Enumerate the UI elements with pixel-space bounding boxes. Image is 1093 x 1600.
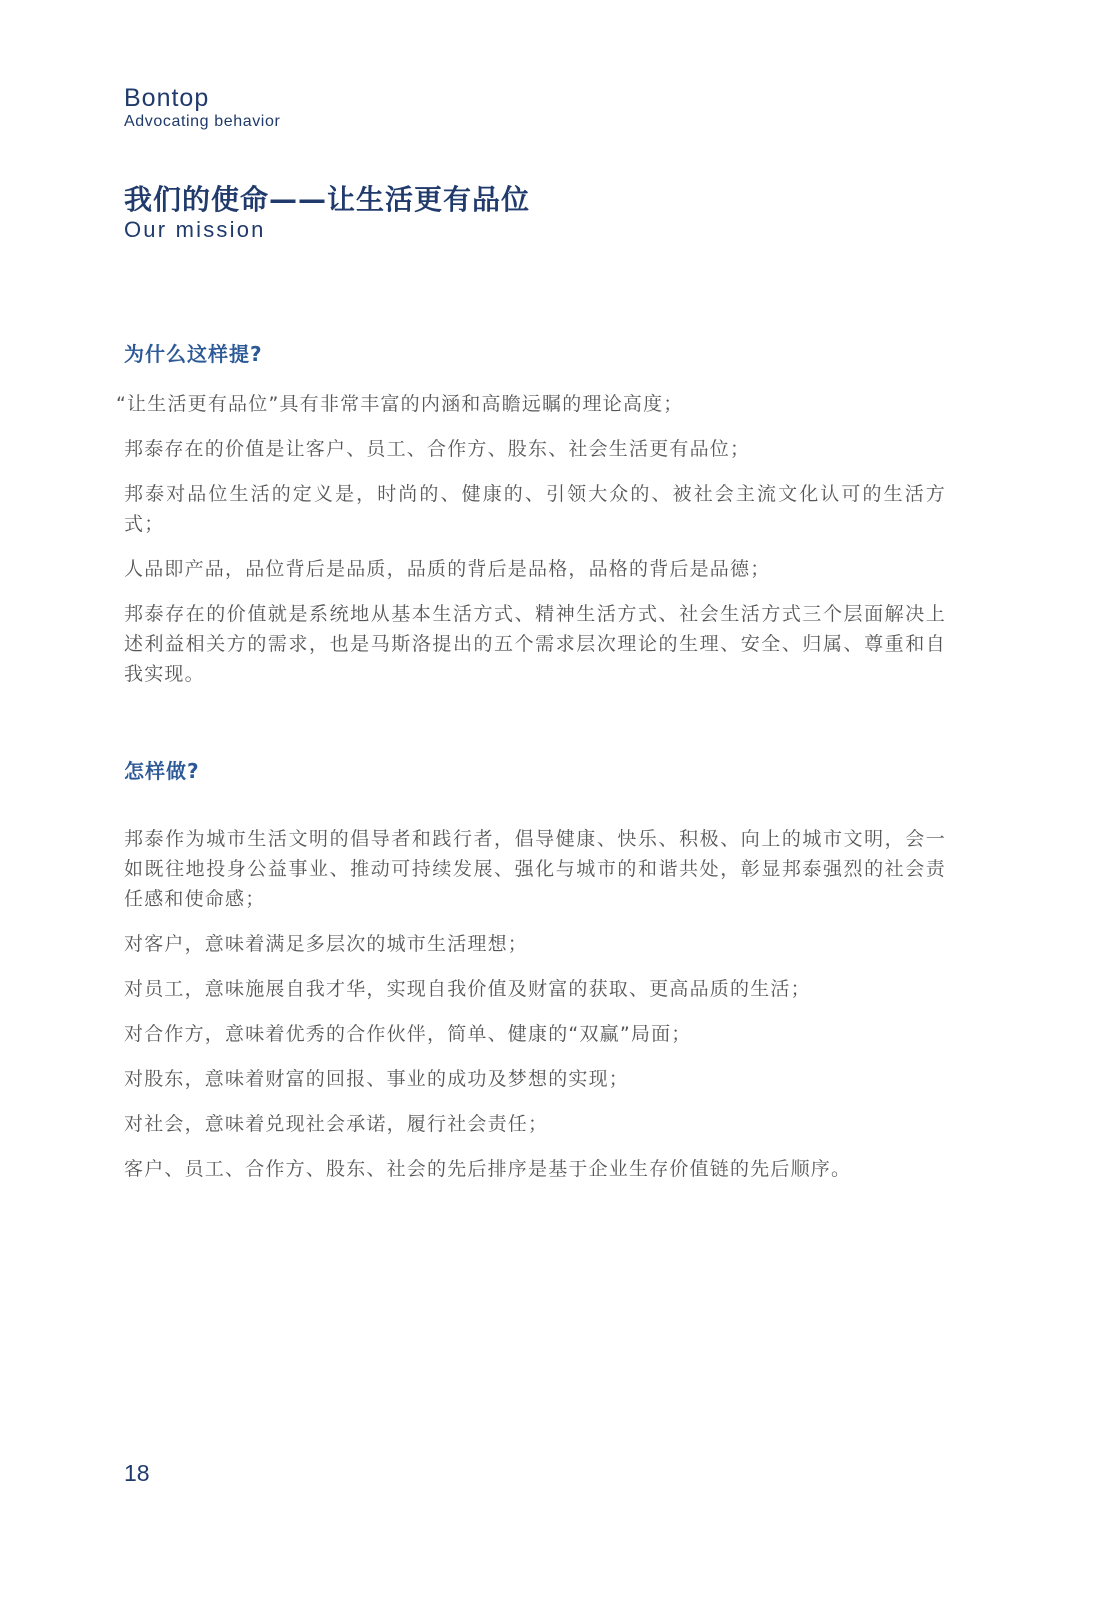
paragraph: “让生活更有品位”具有非常丰富的内涵和高瞻远瞩的理论高度；	[124, 389, 946, 419]
section-heading: 为什么这样提?	[124, 341, 946, 367]
paragraph: 邦泰作为城市生活文明的倡导者和践行者，倡导健康、快乐、积极、向上的城市文明，会一…	[124, 824, 946, 914]
section-body: 邦泰作为城市生活文明的倡导者和践行者，倡导健康、快乐、积极、向上的城市文明，会一…	[124, 824, 946, 1184]
document-page: Bontop Advocating behavior 我们的使命——让生活更有品…	[0, 0, 1093, 1600]
section-body: “让生活更有品位”具有非常丰富的内涵和高瞻远瞩的理论高度； 邦泰存在的价值是让客…	[124, 389, 946, 689]
paragraph: 对社会，意味着兑现社会承诺，履行社会责任；	[124, 1109, 946, 1139]
paragraph: 对员工，意味施展自我才华，实现自我价值及财富的获取、更高品质的生活；	[124, 974, 946, 1004]
paragraph: 邦泰存在的价值就是系统地从基本生活方式、精神生活方式、社会生活方式三个层面解决上…	[124, 599, 946, 689]
section-heading: 怎样做?	[124, 758, 946, 784]
section-why: 为什么这样提? “让生活更有品位”具有非常丰富的内涵和高瞻远瞩的理论高度； 邦泰…	[124, 341, 946, 704]
paragraph: 邦泰存在的价值是让客户、员工、合作方、股东、社会生活更有品位；	[124, 434, 946, 464]
paragraph: 对合作方，意味着优秀的合作伙伴，简单、健康的“双赢”局面；	[124, 1019, 946, 1049]
paragraph: 邦泰对品位生活的定义是，时尚的、健康的、引领大众的、被社会主流文化认可的生活方式…	[124, 479, 946, 539]
brand-name: Bontop	[124, 84, 280, 112]
paragraph: 对客户，意味着满足多层次的城市生活理想；	[124, 929, 946, 959]
brand-header: Bontop Advocating behavior	[124, 84, 280, 132]
brand-tagline: Advocating behavior	[124, 112, 280, 132]
page-number: 18	[124, 1458, 150, 1488]
paragraph: 人品即产品，品位背后是品质，品质的背后是品格，品格的背后是品德；	[124, 554, 946, 584]
section-how: 怎样做? 邦泰作为城市生活文明的倡导者和践行者，倡导健康、快乐、积极、向上的城市…	[124, 758, 946, 1199]
page-title: 我们的使命——让生活更有品位	[124, 182, 530, 218]
paragraph: 对股东，意味着财富的回报、事业的成功及梦想的实现；	[124, 1064, 946, 1094]
paragraph: 客户、员工、合作方、股东、社会的先后排序是基于企业生存价值链的先后顺序。	[124, 1154, 946, 1184]
page-subtitle: Our mission	[124, 216, 530, 244]
page-title-block: 我们的使命——让生活更有品位 Our mission	[124, 182, 530, 244]
